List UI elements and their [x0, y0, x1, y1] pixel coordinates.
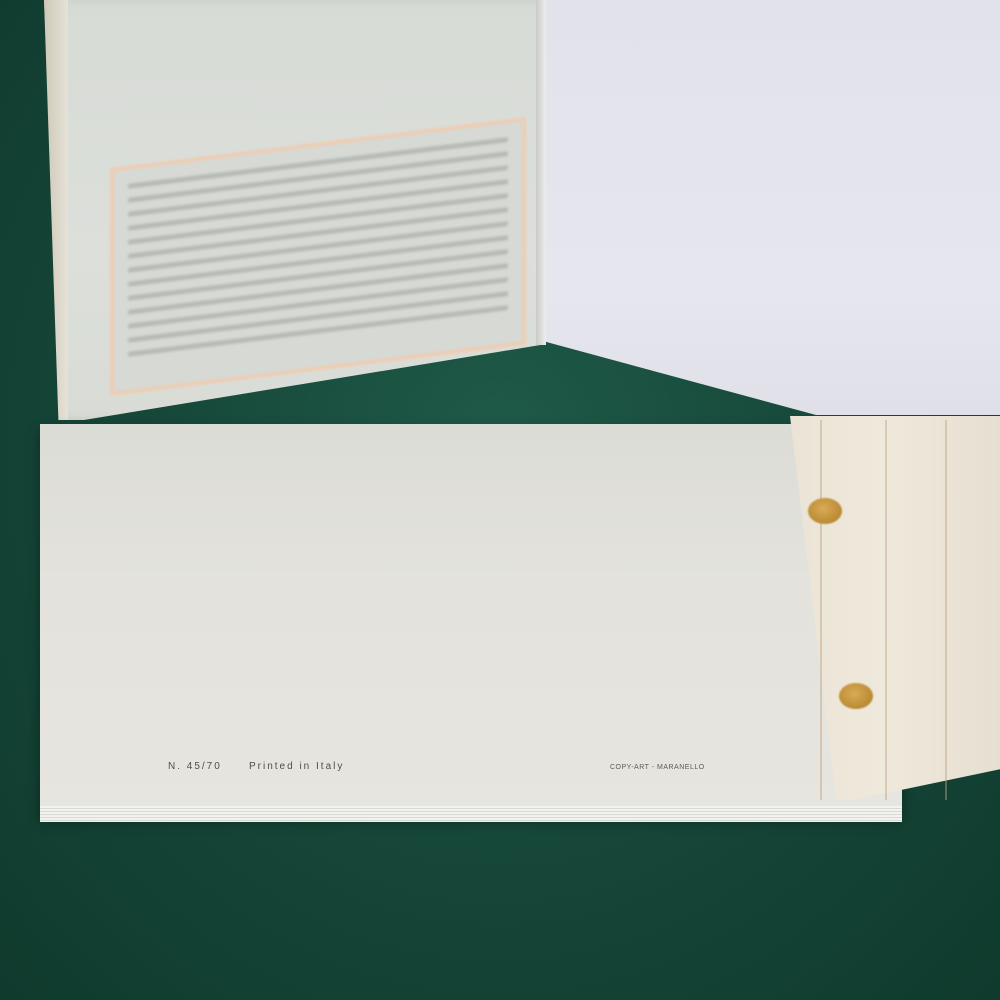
blurred-text-lines: [128, 137, 508, 376]
flap-fold-line: [945, 420, 947, 800]
front-folder-cover: [40, 424, 902, 816]
publisher-label: COPY-ART - MARANELLO: [610, 764, 705, 771]
front-folder-page-edges: [40, 806, 902, 822]
flap-fold-line: [885, 420, 887, 800]
back-book-right-page: [540, 0, 1000, 415]
photo-scene: N. 45/70 Printed in Italy COPY-ART - MAR…: [0, 0, 1000, 1000]
printed-note: Printed in Italy: [249, 761, 344, 772]
brass-stud-icon: [839, 683, 873, 709]
back-book-page-edges: [44, 0, 68, 420]
brass-stud-icon: [808, 498, 842, 524]
flap-fold-line: [820, 420, 822, 800]
edition-number: N. 45/70: [168, 761, 222, 772]
back-book-spine: [536, 0, 546, 345]
